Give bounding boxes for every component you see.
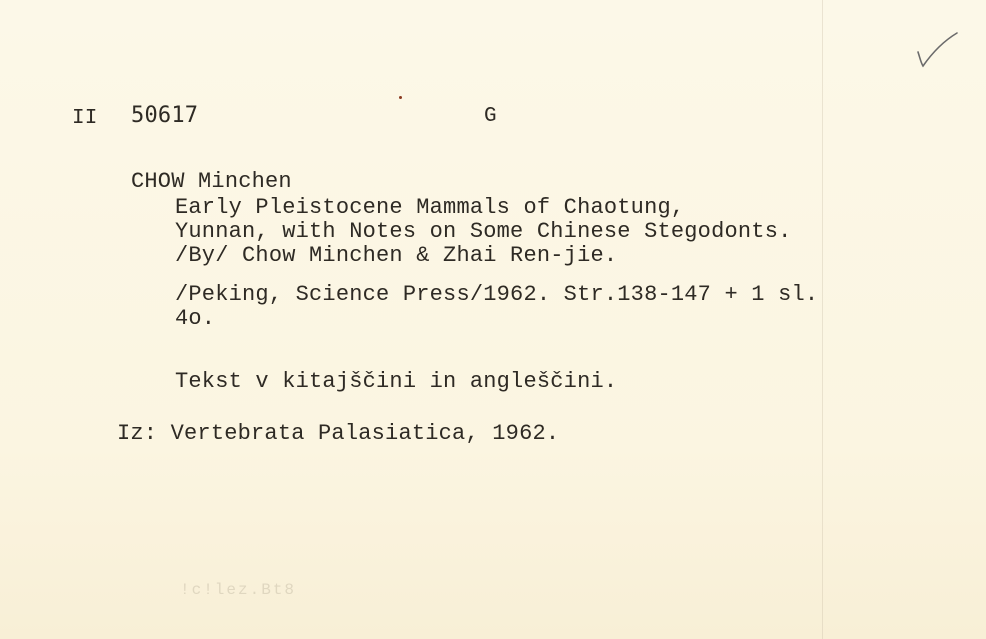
source-note: Iz: Vertebrata Palasiatica, 1962. xyxy=(117,422,559,446)
call-number: 50617 xyxy=(131,104,198,128)
title-line-2: Yunnan, with Notes on Some Chinese Stego… xyxy=(175,220,792,244)
imprint-line: /Peking, Science Press/1962. Str.138-147… xyxy=(175,283,818,307)
call-prefix: II xyxy=(72,107,98,131)
check-mark-icon xyxy=(912,30,962,70)
title-line-1: Early Pleistocene Mammals of Chaotung, xyxy=(175,196,684,220)
language-note: Tekst v kitajščini in angleščini. xyxy=(175,370,617,394)
ink-dot xyxy=(399,96,402,99)
format-line: 4o. xyxy=(175,307,215,331)
author-heading: CHOW Minchen xyxy=(131,170,292,194)
title-line-3: /By/ Chow Minchen & Zhai Ren-jie. xyxy=(175,244,617,268)
bleed-through-text: !c!lez.Bt8 xyxy=(180,578,296,602)
card-crease xyxy=(822,0,823,639)
location-code: G xyxy=(484,105,497,129)
catalog-card: II 50617 G CHOW Minchen Early Pleistocen… xyxy=(0,0,986,639)
